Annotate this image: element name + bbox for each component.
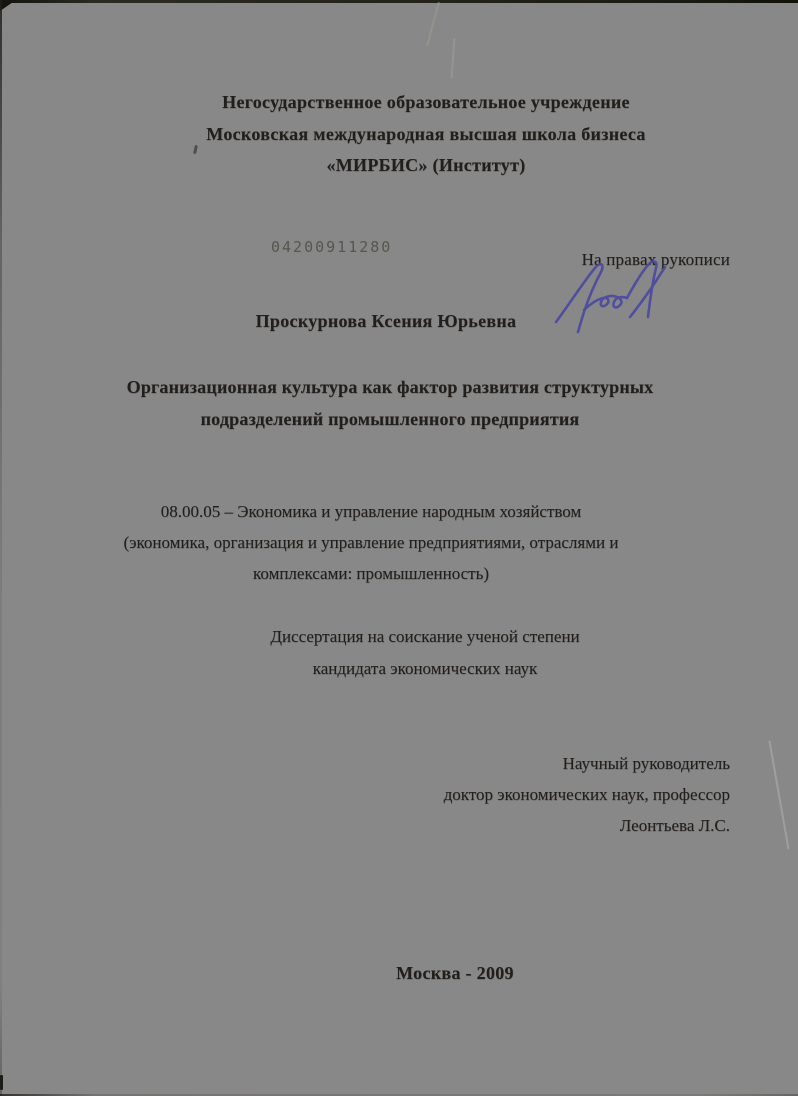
registration-number: 04200911280: [271, 238, 392, 256]
paper-crease: [768, 741, 789, 850]
title-line-2: подразделений промышленного предприятия: [0, 403, 789, 435]
city-year: Москва - 2009: [56, 963, 798, 984]
scan-edge-top: [0, 0, 798, 3]
institution-line-2: Московская международная высшая школа би…: [27, 119, 798, 151]
specialty-line-3: комплексами: промышленность): [0, 558, 770, 589]
supervisor-line-2: доктор экономических наук, профессор: [444, 779, 730, 810]
paper-crease: [426, 2, 440, 47]
dissertation-title: Организационная культура как фактор разв…: [0, 371, 789, 435]
institution-header: Негосударственное образовательное учрежд…: [27, 87, 798, 182]
supervisor-line-3: Леонтьева Л.С.: [444, 810, 730, 841]
thesis-line-2: кандидата экономических наук: [26, 653, 798, 685]
paper-crease: [451, 38, 455, 78]
institution-line-1: Негосударственное образовательное учрежд…: [27, 87, 798, 119]
author-name: Проскурнова Ксения Юрьевна: [0, 311, 785, 332]
dissertation-title-page: Негосударственное образовательное учрежд…: [0, 0, 798, 1096]
supervisor-section: Научный руководитель доктор экономически…: [444, 748, 730, 841]
scan-mark-bottom-left: [0, 1075, 3, 1090]
specialty-line-2: (экономика, организация и управление пре…: [0, 527, 770, 558]
title-line-1: Организационная культура как фактор разв…: [0, 371, 789, 403]
specialty-line-1: 08.00.05 – Экономика и управление народн…: [0, 496, 770, 527]
thesis-type: Диссертация на соискание ученой степени …: [26, 621, 798, 685]
specialty-section: 08.00.05 – Экономика и управление народн…: [0, 496, 770, 589]
supervisor-line-1: Научный руководитель: [444, 748, 730, 779]
thesis-line-1: Диссертация на соискание ученой степени: [26, 621, 798, 653]
institution-line-3: «МИРБИС» (Институт): [27, 150, 798, 182]
